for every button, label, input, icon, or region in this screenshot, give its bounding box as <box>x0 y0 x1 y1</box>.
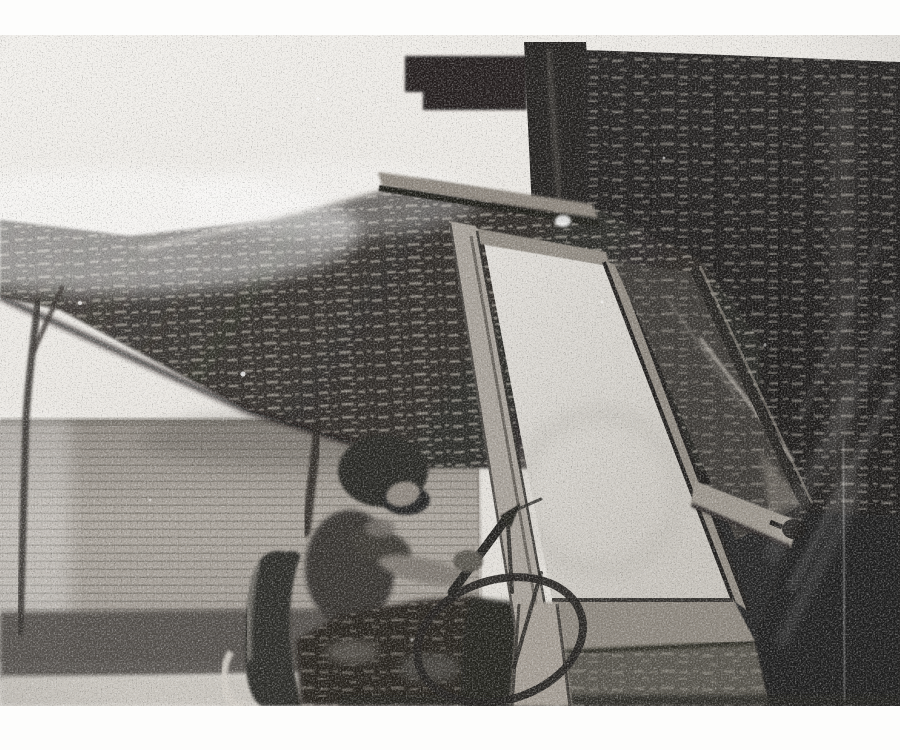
photo-page: Driver under vehicle canopy beside timbe… <box>0 0 900 750</box>
photo-area <box>0 35 900 723</box>
vignette-overlay <box>0 35 900 706</box>
vintage-photograph: Driver under vehicle canopy beside timbe… <box>0 0 900 750</box>
film-artifacts <box>0 35 900 706</box>
